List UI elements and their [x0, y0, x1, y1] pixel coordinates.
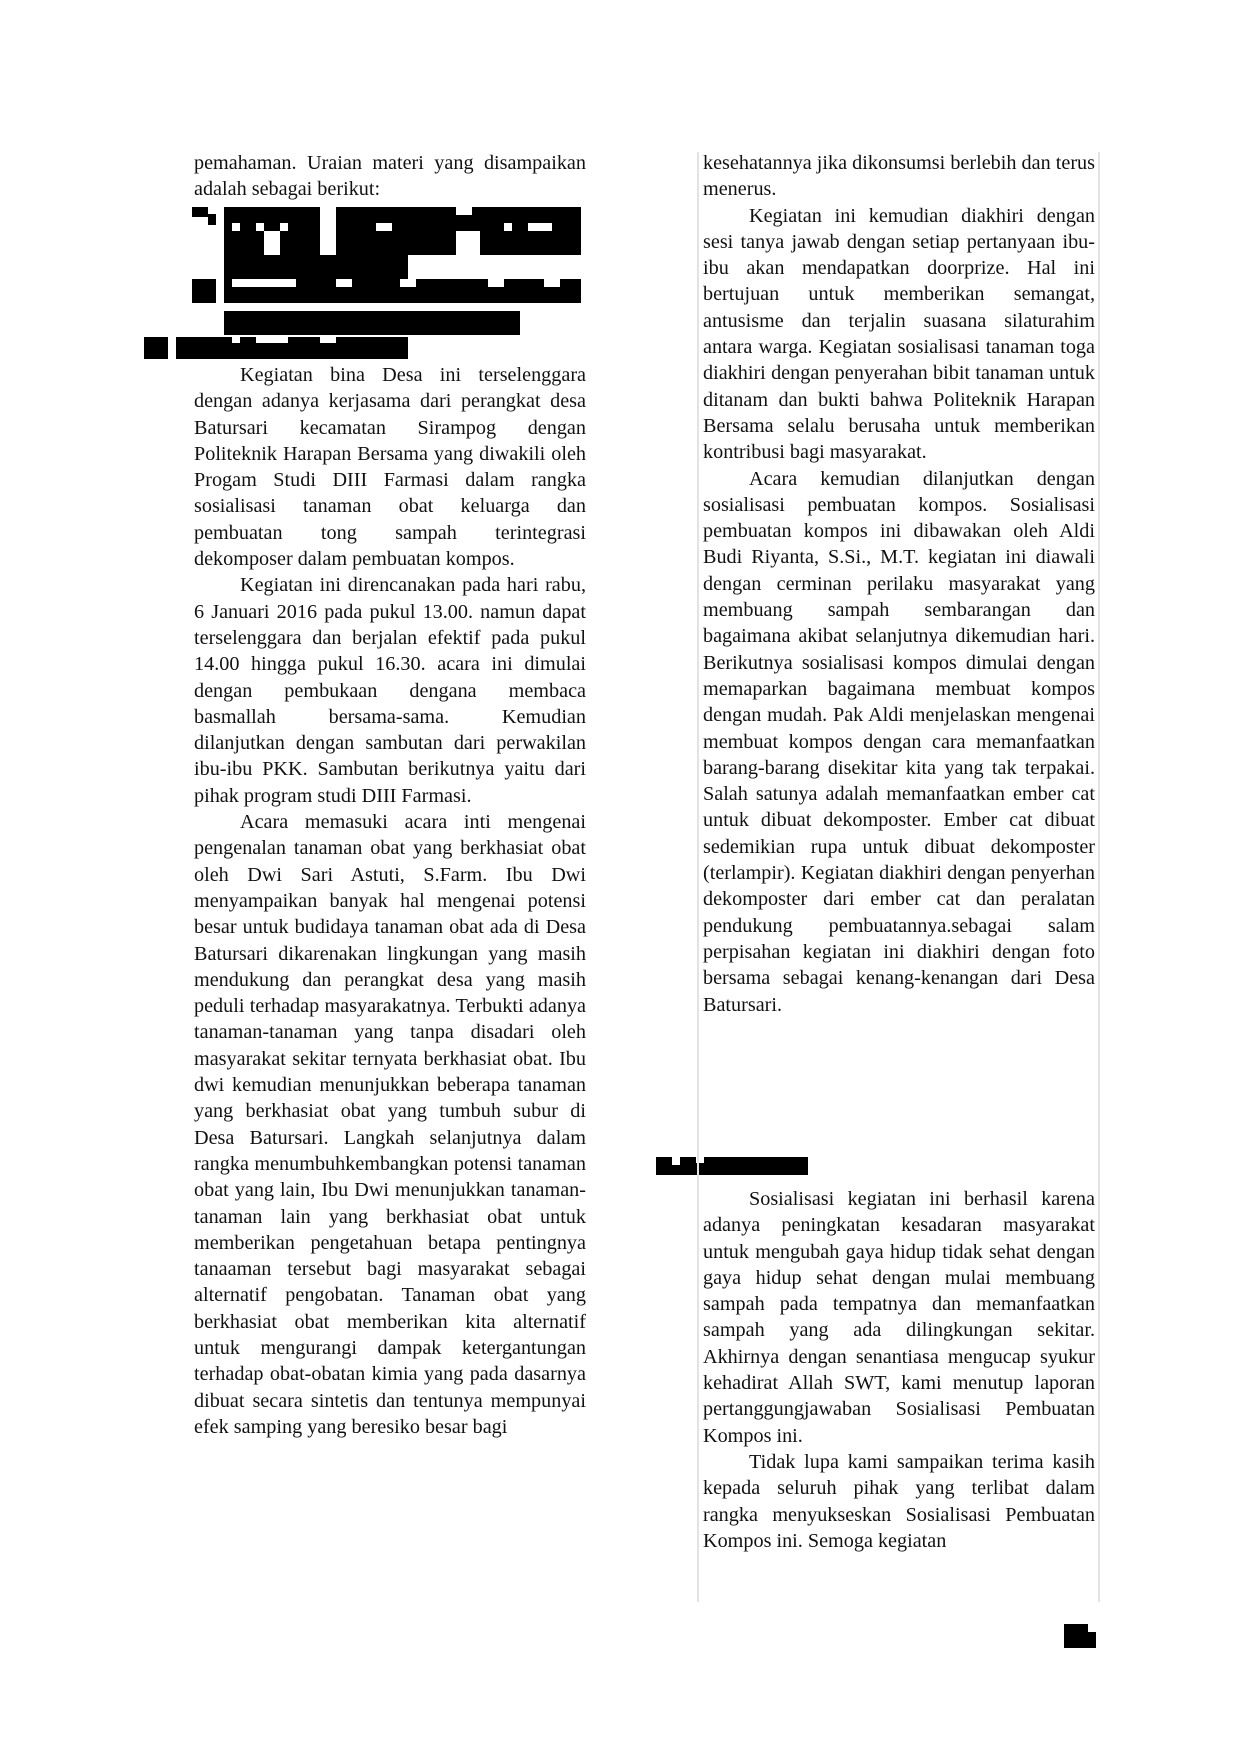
redacted-list-item-2-line-2 — [224, 311, 520, 335]
paragraph: Sosialisasi kegiatan ini berhasil karena… — [703, 1186, 1095, 1449]
paragraph: Tidak lupa kami sampaikan terima kasih k… — [703, 1449, 1095, 1554]
left-column: pemahaman. Uraian materi yang disampaika… — [194, 150, 586, 203]
redacted-list-item-1-number — [192, 207, 208, 217]
paragraph: kesehatannya jika dikonsumsi berlebih da… — [703, 150, 1095, 203]
paragraph: Kegiatan bina Desa ini terselenggara den… — [194, 362, 586, 572]
paragraph: Acara memasuki acara inti mengenai penge… — [194, 809, 586, 1440]
column-edge-mark-left — [697, 152, 699, 1602]
redacted-list-item-2-number — [192, 279, 216, 303]
conclusion-section: Sosialisasi kegiatan ini berhasil karena… — [703, 1186, 1095, 1554]
redacted-list-item-1-line-2 — [224, 255, 408, 279]
paragraph: Kegiatan ini direncanakan pada hari rabu… — [194, 572, 586, 809]
paragraph: Acara kemudian dilanjutkan dengan sosial… — [703, 466, 1095, 1018]
right-column: kesehatannya jika dikonsumsi berlebih da… — [703, 150, 1095, 1018]
redacted-list-item-2-line-1 — [224, 279, 581, 303]
left-column-body: Kegiatan bina Desa ini terselenggara den… — [194, 362, 586, 1440]
column-edge-mark-right — [1098, 152, 1100, 1602]
redacted-section-heading — [656, 1157, 808, 1175]
redacted-list-item-1-line-1 — [224, 207, 581, 255]
intro-text: pemahaman. Uraian materi yang disampaika… — [194, 150, 586, 203]
paragraph: Kegiatan ini kemudian diakhiri dengan se… — [703, 203, 1095, 466]
redacted-list-item-1-number-tail — [208, 214, 216, 225]
redacted-list-item-3-line-1 — [176, 337, 408, 359]
redacted-list-item-3-number — [144, 337, 168, 359]
